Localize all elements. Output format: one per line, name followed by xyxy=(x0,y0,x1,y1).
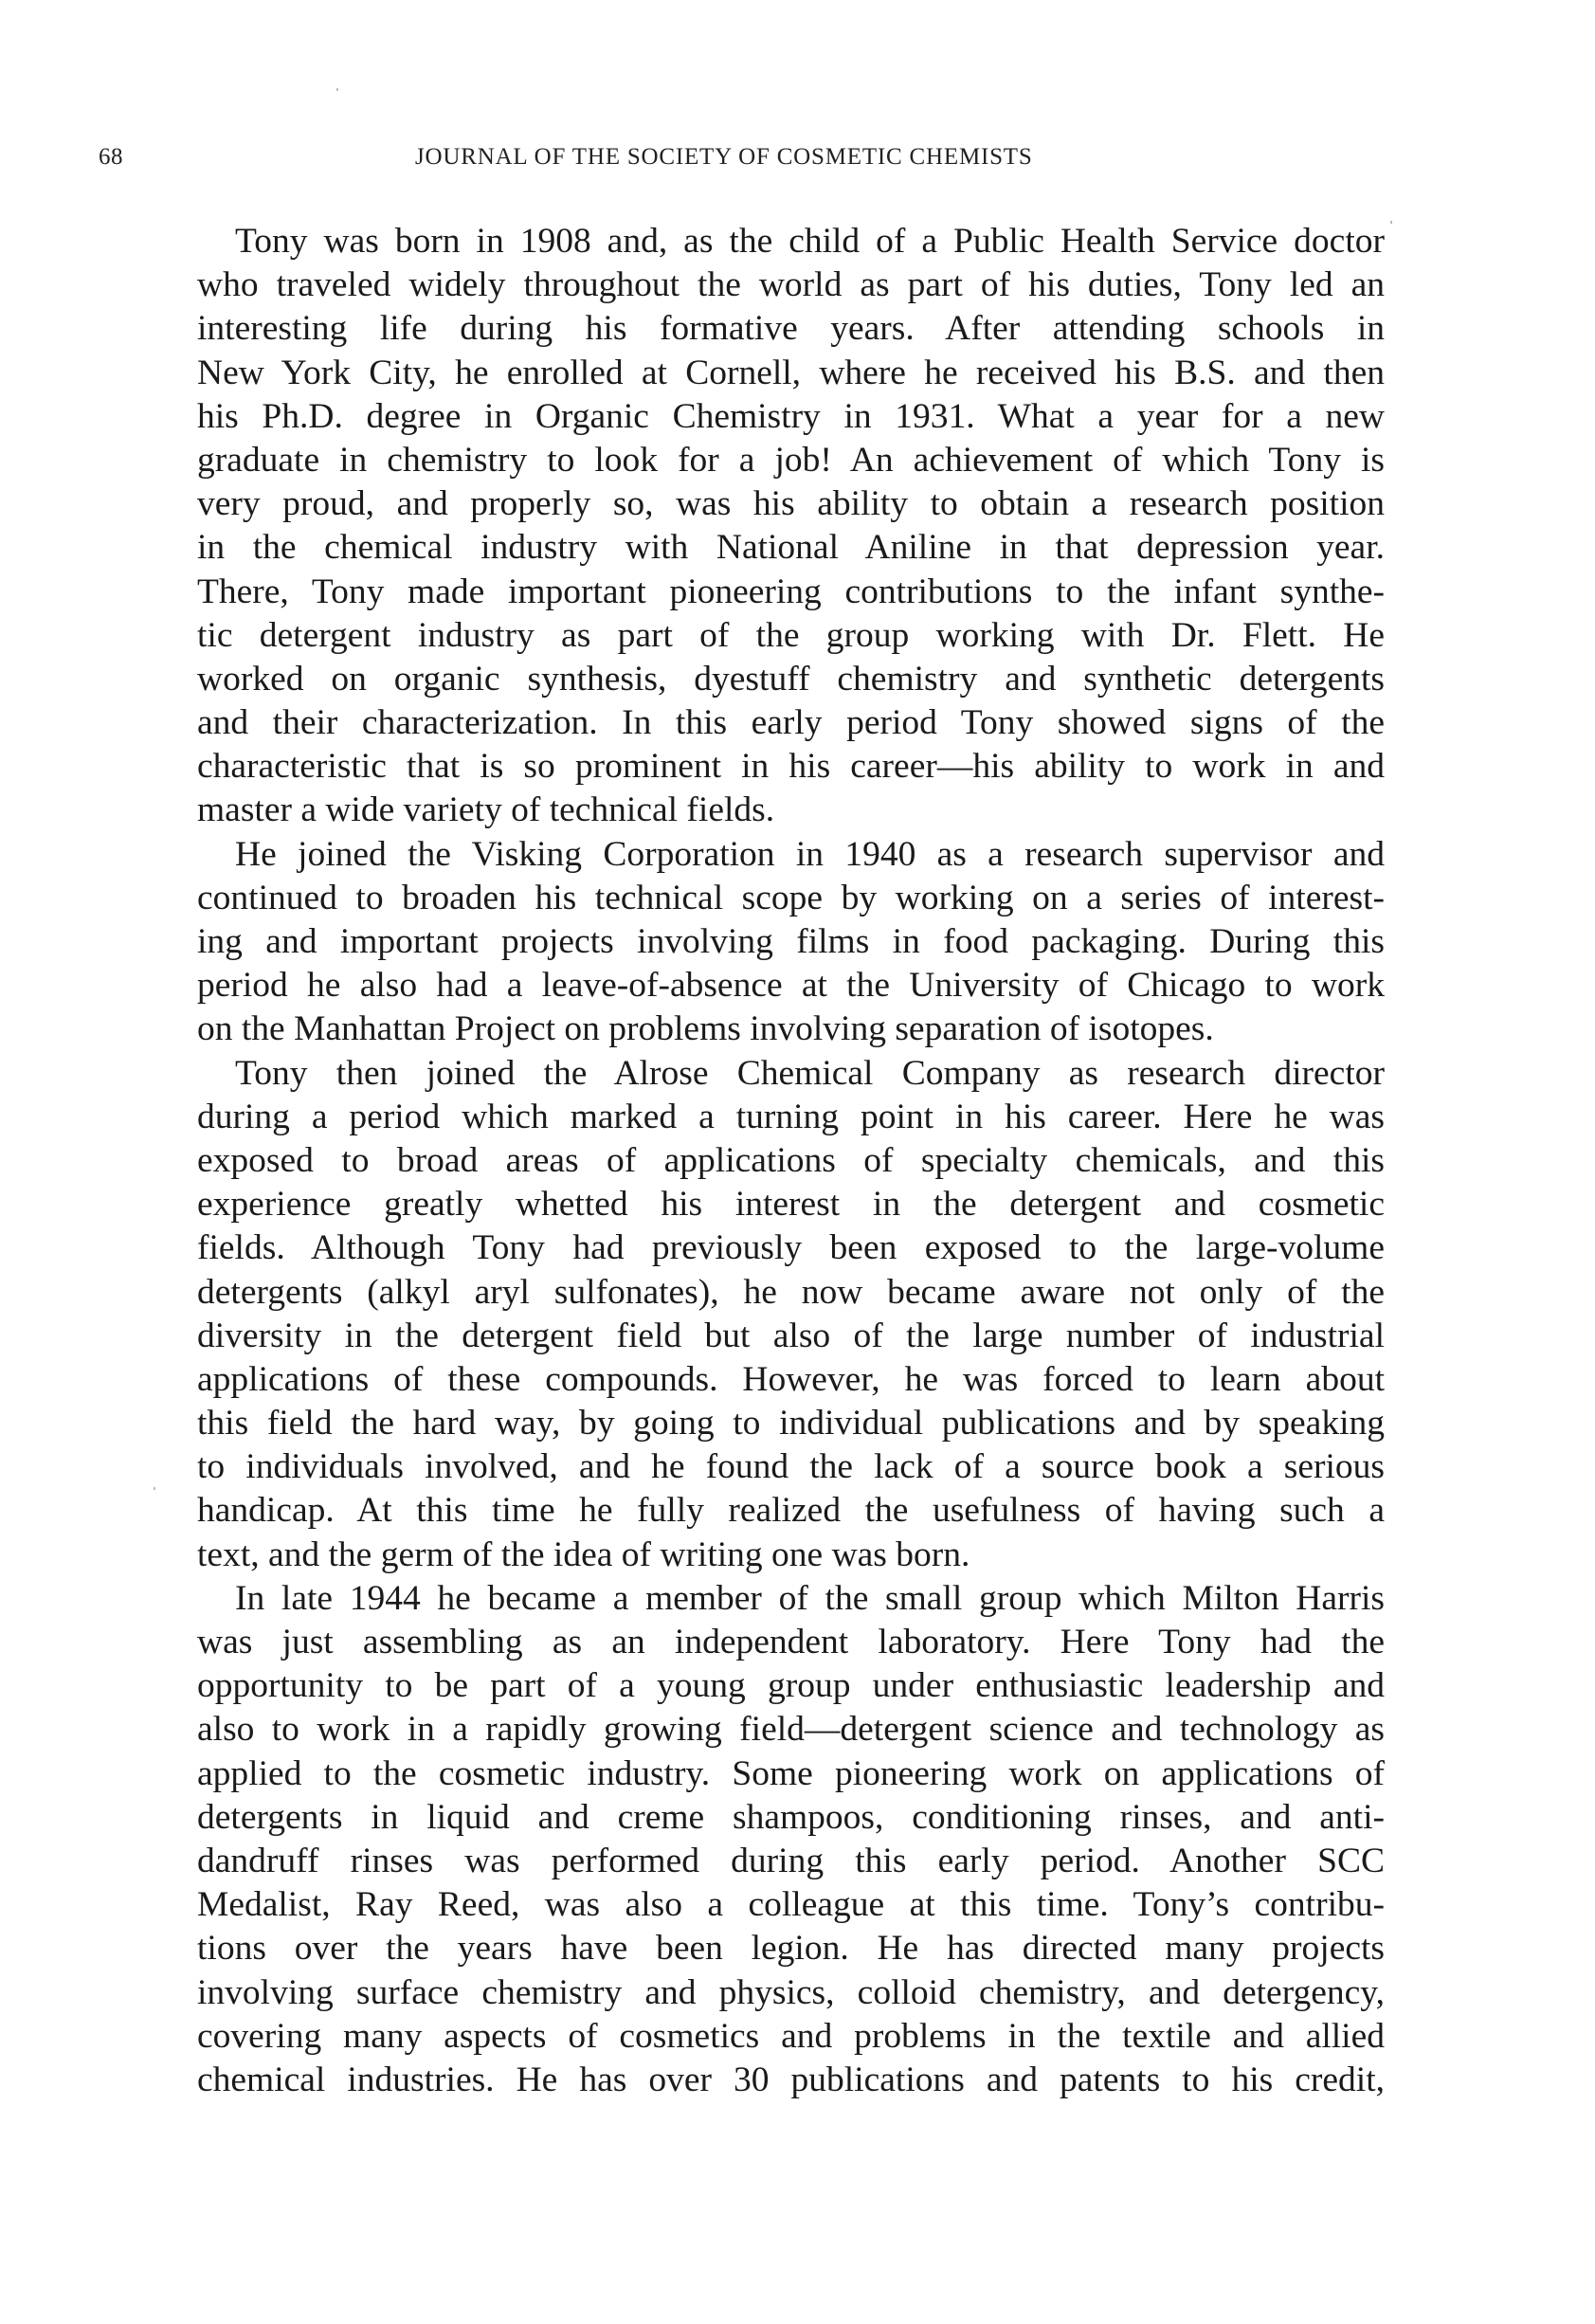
text-line: interesting life during his formative ye… xyxy=(197,307,1385,351)
text-line: covering many aspects of cosmetics and p… xyxy=(197,2015,1385,2059)
article-body: Tony was born in 1908 and, as the child … xyxy=(197,220,1385,2102)
text-line: opportunity to be part of a young group … xyxy=(197,1664,1385,1708)
text-line: who traveled widely throughout the world… xyxy=(197,263,1385,307)
scan-artifact xyxy=(1390,221,1392,224)
text-line: fields. Although Tony had previously bee… xyxy=(197,1226,1385,1270)
text-line: to individuals involved, and he found th… xyxy=(197,1445,1385,1489)
text-line: was just assembling as an independent la… xyxy=(197,1621,1385,1664)
text-line: tic detergent industry as part of the gr… xyxy=(197,614,1385,658)
journal-title: JOURNAL OF THE SOCIETY OF COSMETIC CHEMI… xyxy=(415,144,1033,171)
text-line: dandruff rinses was performed during thi… xyxy=(197,1840,1385,1883)
paragraph-alrose: Tony then joined the Alrose Chemical Com… xyxy=(197,1052,1385,1577)
running-head: 68 JOURNAL OF THE SOCIETY OF COSMETIC CH… xyxy=(99,144,1384,182)
scan-artifact xyxy=(336,88,338,91)
text-line: diversity in the detergent field but als… xyxy=(197,1315,1385,1358)
text-line: detergents (alkyl aryl sulfonates), he n… xyxy=(197,1271,1385,1315)
text-line: also to work in a rapidly growing field—… xyxy=(197,1708,1385,1752)
text-line: Tony was born in 1908 and, as the child … xyxy=(197,220,1385,263)
paragraph-visking: He joined the Visking Corporation in 194… xyxy=(197,833,1385,1052)
text-line: and their characterization. In this earl… xyxy=(197,701,1385,745)
document-page: 68 JOURNAL OF THE SOCIETY OF COSMETIC CH… xyxy=(0,0,1595,2324)
text-line: ing and important projects involving fil… xyxy=(197,920,1385,964)
text-line: period he also had a leave-of-absence at… xyxy=(197,964,1385,1008)
text-line: exposed to broad areas of applications o… xyxy=(197,1139,1385,1183)
text-line: chemical industries. He has over 30 publ… xyxy=(197,2059,1385,2102)
text-line: graduate in chemistry to look for a job!… xyxy=(197,439,1385,482)
text-line: detergents in liquid and creme shampoos,… xyxy=(197,1796,1385,1840)
text-line: He joined the Visking Corporation in 194… xyxy=(197,833,1385,877)
text-line: tions over the years have been legion. H… xyxy=(197,1927,1385,1970)
page-number: 68 xyxy=(99,144,123,171)
text-line: on the Manhattan Project on problems inv… xyxy=(197,1008,1385,1051)
text-line: text, and the germ of the idea of writin… xyxy=(197,1534,1385,1577)
text-line: Medalist, Ray Reed, was also a colleague… xyxy=(197,1883,1385,1927)
text-line: master a wide variety of technical field… xyxy=(197,789,1385,832)
text-line: characteristic that is so prominent in h… xyxy=(197,745,1385,789)
scan-artifact xyxy=(154,1487,155,1490)
text-line: involving surface chemistry and physics,… xyxy=(197,1971,1385,2015)
text-line: very proud, and properly so, was his abi… xyxy=(197,482,1385,526)
text-line: in the chemical industry with National A… xyxy=(197,526,1385,570)
text-line: handicap. At this time he fully realized… xyxy=(197,1489,1385,1533)
text-line: applications of these compounds. However… xyxy=(197,1358,1385,1402)
text-line: experience greatly whetted his interest … xyxy=(197,1183,1385,1226)
text-line: Tony then joined the Alrose Chemical Com… xyxy=(197,1052,1385,1096)
text-line: New York City, he enrolled at Cornell, w… xyxy=(197,352,1385,395)
paragraph-harris-laboratory: In late 1944 he became a member of the s… xyxy=(197,1577,1385,2102)
text-line: In late 1944 he became a member of the s… xyxy=(197,1577,1385,1621)
text-line: There, Tony made important pioneering co… xyxy=(197,571,1385,614)
text-line: applied to the cosmetic industry. Some p… xyxy=(197,1752,1385,1796)
text-line: his Ph.D. degree in Organic Chemistry in… xyxy=(197,395,1385,439)
text-line: continued to broaden his technical scope… xyxy=(197,877,1385,920)
text-line: worked on organic synthesis, dyestuff ch… xyxy=(197,658,1385,701)
text-line: this field the hard way, by going to ind… xyxy=(197,1402,1385,1445)
paragraph-early-life: Tony was born in 1908 and, as the child … xyxy=(197,220,1385,833)
text-line: during a period which marked a turning p… xyxy=(197,1096,1385,1139)
